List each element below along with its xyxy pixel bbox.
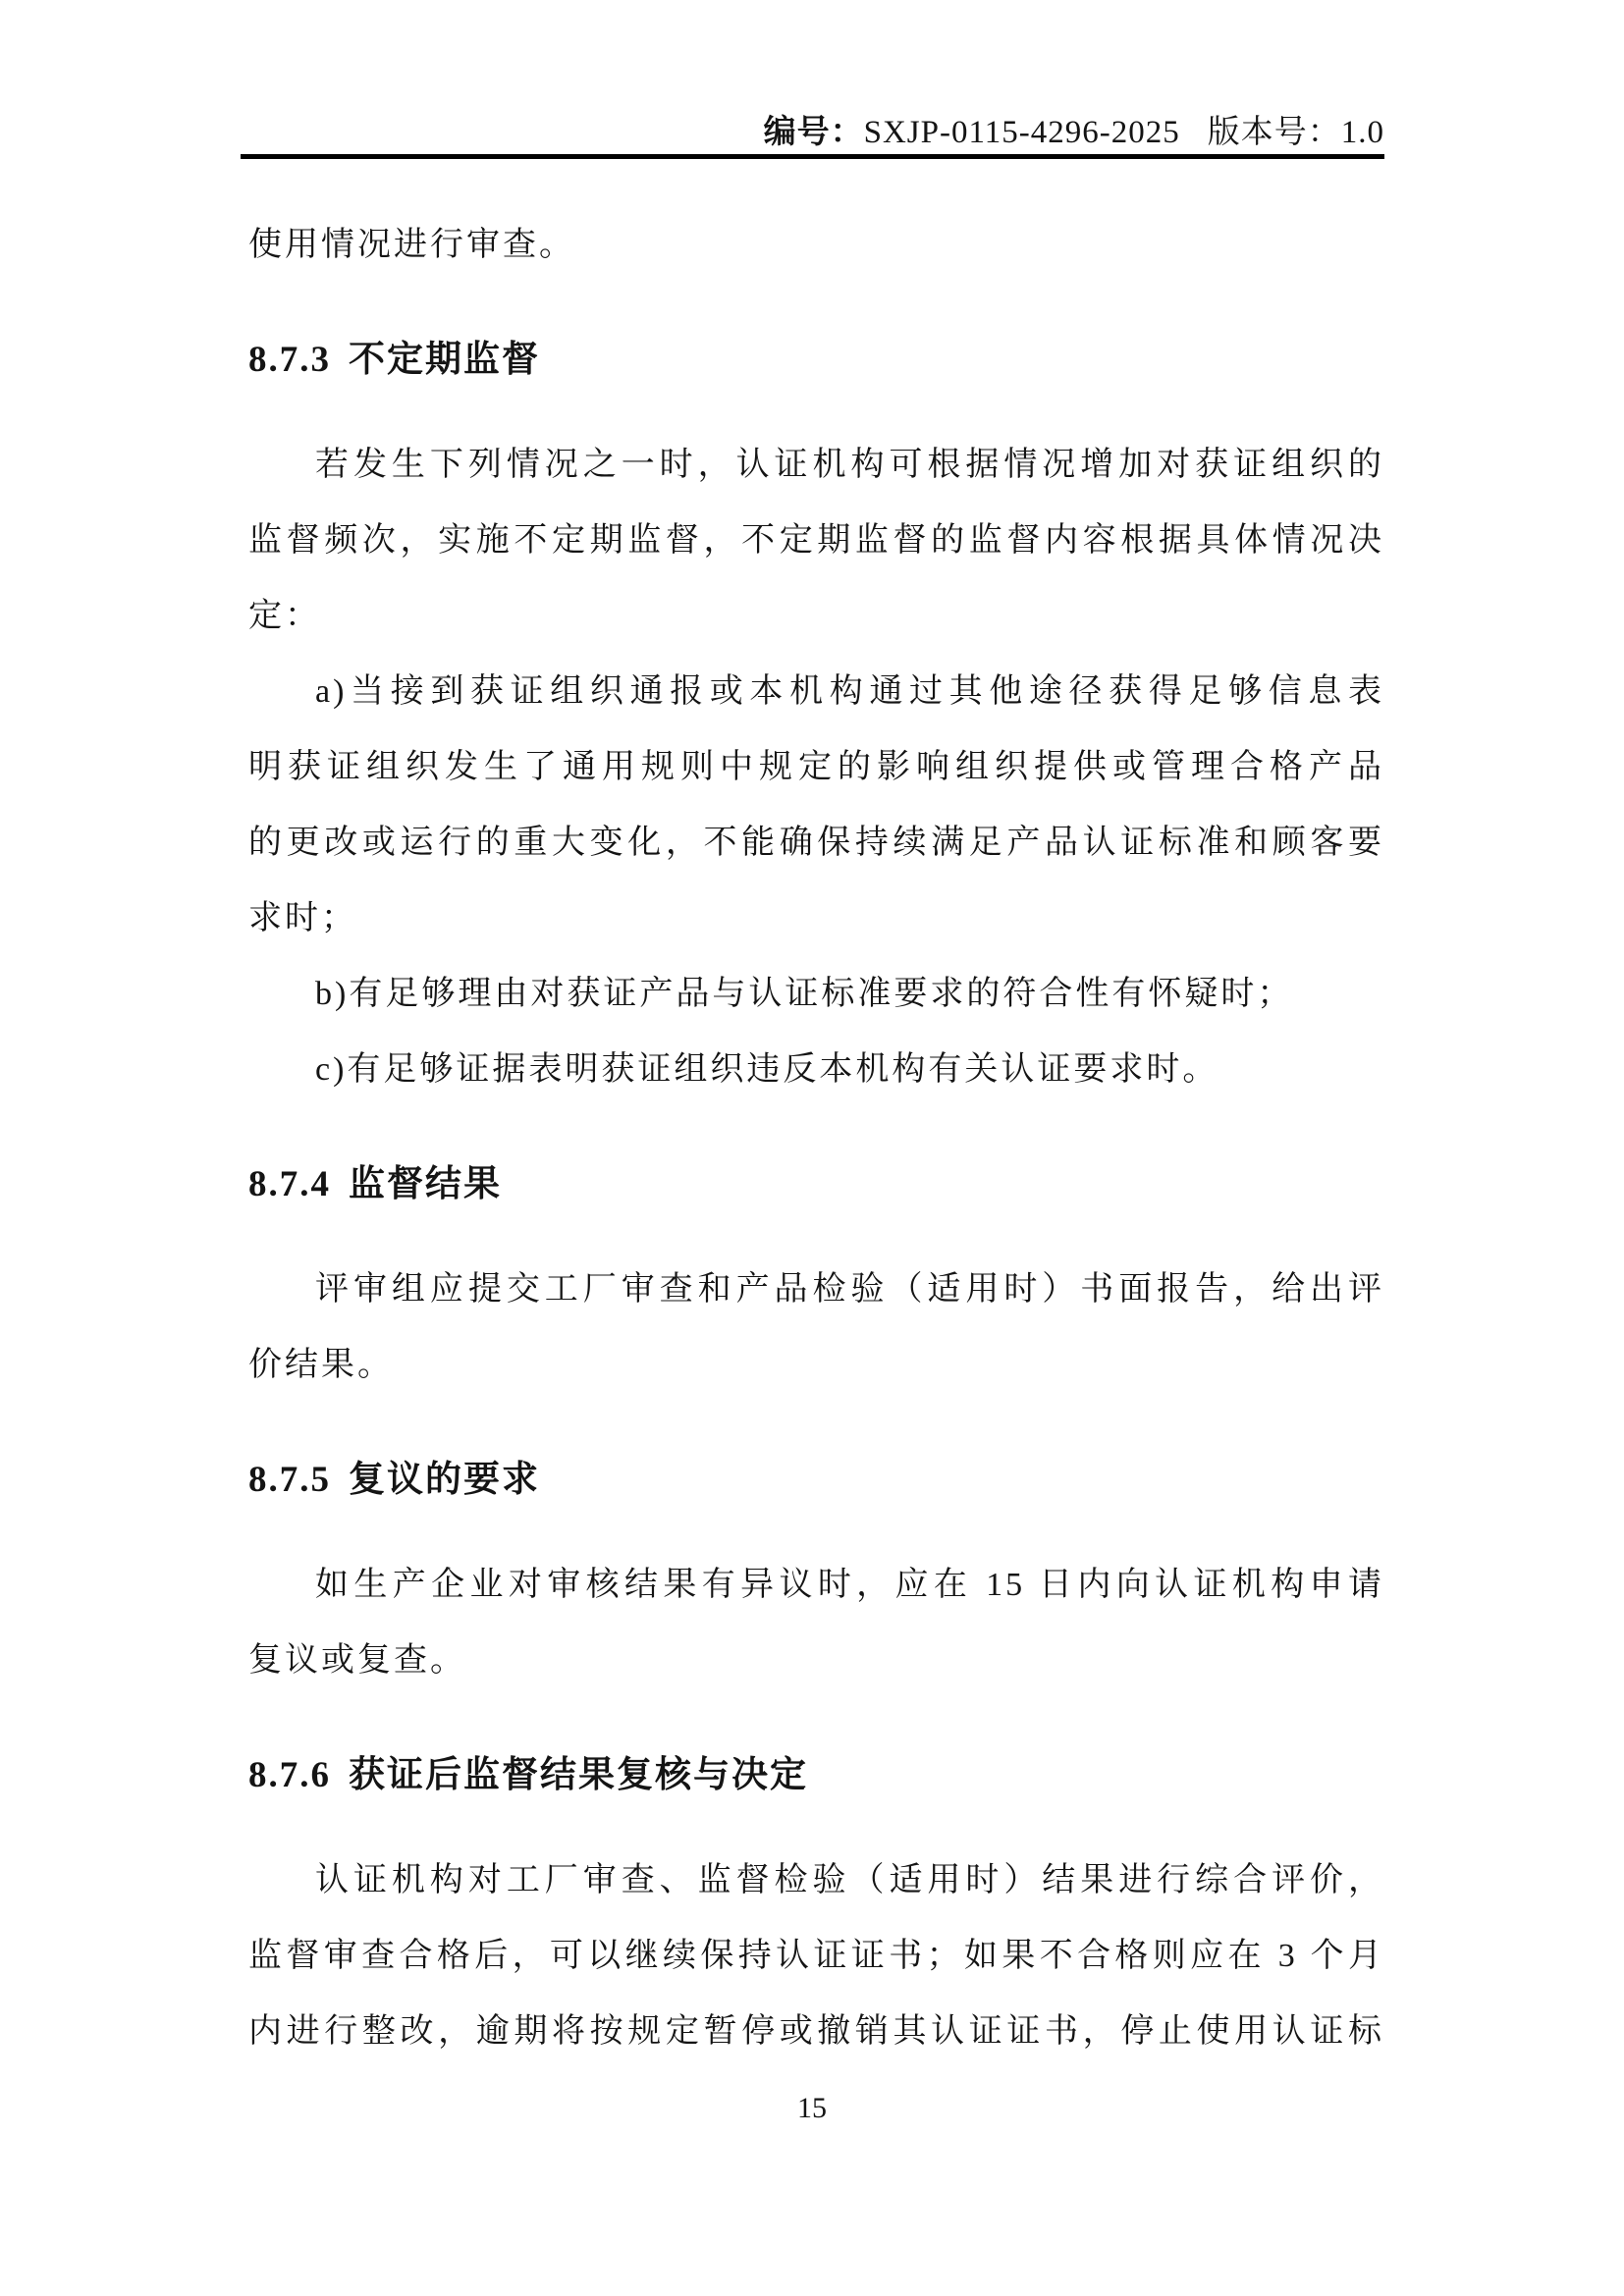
section-heading: 8.7.4监督结果 [248,1147,1384,1222]
page-footer: 15 [0,2091,1624,2126]
version-value: 1.0 [1341,115,1384,150]
text-line: 认证机构对工厂审查、监督检验（适用时）结果进行综合评价， [248,1842,1384,1918]
text-line: 使用情况进行审查。 [248,207,1384,283]
text-line: 评审组应提交工厂审查和产品检验（适用时）书面报告，给出评 [248,1252,1384,1327]
paragraph: b)有足够理由对获证产品与认证标准要求的符合性有怀疑时； [248,956,1384,1032]
section-title: 不定期监督 [349,340,540,380]
section-number: 8.7.4 [248,1164,331,1204]
header-rule [241,154,1384,159]
section-number: 8.7.3 [248,340,331,380]
paragraph: 评审组应提交工厂审查和产品检验（适用时）书面报告，给出评价结果。 [248,1252,1384,1403]
text-line: 监督审查合格后，可以继续保持认证证书；如果不合格则应在 3 个月 [248,1918,1384,1994]
text-line: 若发生下列情况之一时，认证机构可根据情况增加对获证组织的 [248,427,1384,503]
text-line: 如生产企业对审核结果有异议时，应在 15 日内向认证机构申请 [248,1547,1384,1623]
text-line: 定： [248,578,1384,654]
section-title: 获证后监督结果复核与决定 [349,1755,808,1795]
paragraph: 认证机构对工厂审查、监督检验（适用时）结果进行综合评价，监督审查合格后，可以继续… [248,1842,1384,2069]
paragraph: a)当接到获证组织通报或本机构通过其他途径获得足够信息表明获证组织发生了通用规则… [248,654,1384,956]
section-title: 监督结果 [349,1164,502,1204]
section-heading: 8.7.5复议的要求 [248,1442,1384,1518]
paragraph: 若发生下列情况之一时，认证机构可根据情况增加对获证组织的监督频次，实施不定期监督… [248,427,1384,654]
document-page: 编号：SXJP-0115-4296-2025版本号：1.0 使用情况进行审查。8… [0,0,1624,2296]
text-line: b)有足够理由对获证产品与认证标准要求的符合性有怀疑时； [248,956,1384,1032]
version-label: 版本号： [1208,115,1341,150]
section-heading: 8.7.3不定期监督 [248,322,1384,398]
document-body: 使用情况进行审查。8.7.3不定期监督若发生下列情况之一时，认证机构可根据情况增… [248,207,1384,2069]
text-line: 求时； [248,881,1384,956]
text-line: 复议或复查。 [248,1623,1384,1698]
text-line: c)有足够证据表明获证组织违反本机构有关认证要求时。 [248,1032,1384,1107]
section-title: 复议的要求 [349,1460,540,1500]
doc-number-value: SXJP-0115-4296-2025 [864,115,1180,150]
text-line: a)当接到获证组织通报或本机构通过其他途径获得足够信息表 [248,654,1384,729]
paragraph: c)有足够证据表明获证组织违反本机构有关认证要求时。 [248,1032,1384,1107]
section-number: 8.7.6 [248,1755,331,1795]
section-number: 8.7.5 [248,1460,331,1500]
text-line: 价结果。 [248,1327,1384,1403]
page-number: 15 [797,2092,827,2124]
doc-number-label: 编号： [764,115,864,150]
text-line: 的更改或运行的重大变化，不能确保持续满足产品认证标准和顾客要 [248,805,1384,881]
text-line: 明获证组织发生了通用规则中规定的影响组织提供或管理合格产品 [248,729,1384,805]
paragraph: 如生产企业对审核结果有异议时，应在 15 日内向认证机构申请复议或复查。 [248,1547,1384,1698]
text-line: 监督频次，实施不定期监督，不定期监督的监督内容根据具体情况决 [248,503,1384,578]
section-heading: 8.7.6获证后监督结果复核与决定 [248,1737,1384,1813]
text-line: 内进行整改，逾期将按规定暂停或撤销其认证证书，停止使用认证标 [248,1994,1384,2069]
paragraph: 使用情况进行审查。 [248,207,1384,283]
page-header: 编号：SXJP-0115-4296-2025版本号：1.0 [241,114,1384,151]
